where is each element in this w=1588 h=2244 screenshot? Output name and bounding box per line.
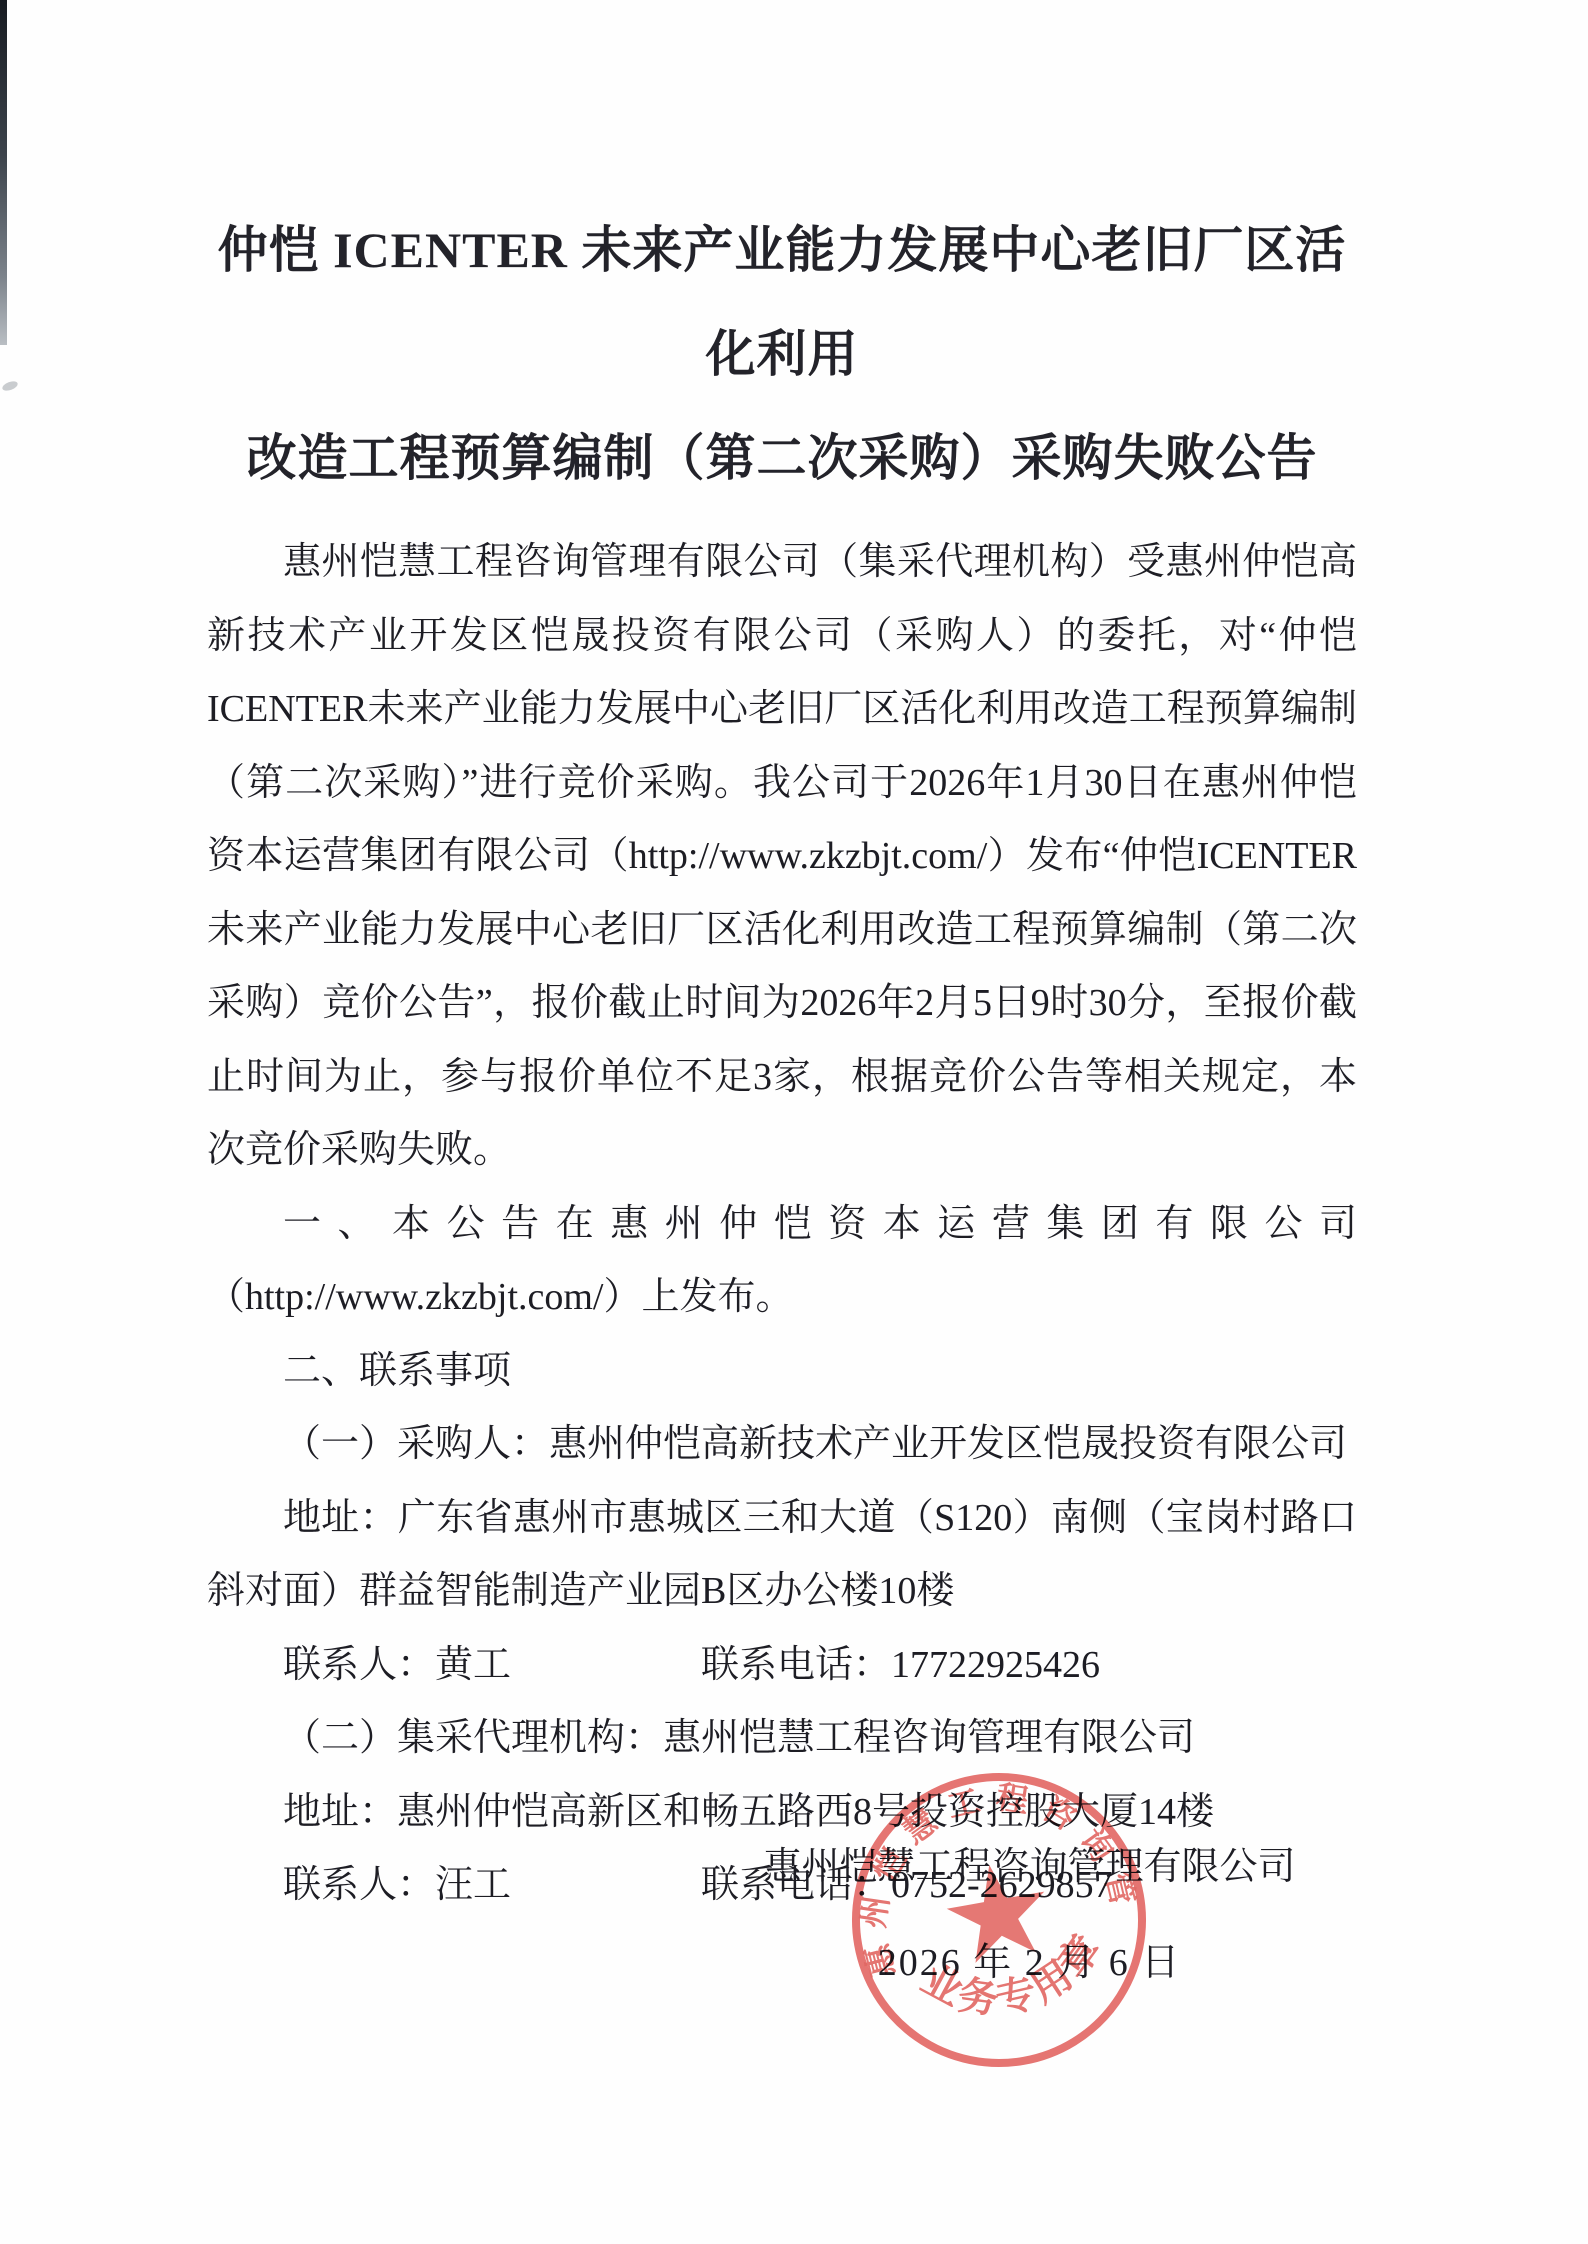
document-title: 仲恺 ICENTER 未来产业能力发展中心老旧厂区活化利用 改造工程预算编制（第… [207, 0, 1357, 510]
signature-company: 惠州恺慧工程咨询管理有限公司 [757, 1845, 1302, 1889]
signature-date: 2026 年 2 月 6 日 [757, 1941, 1302, 1985]
section2-heading: 二、联系事项 [207, 1335, 1357, 1409]
agency-contact: 联系人：汪工 [283, 1864, 511, 1906]
section1-line2: （http://www.zkzbjt.com/）上发布。 [207, 1261, 1357, 1335]
title-line-2: 改造工程预算编制（第二次采购）采购失败公告 [207, 406, 1357, 510]
document-body: 惠州恺慧工程咨询管理有限公司（集采代理机构）受惠州仲恺高新技术产业开发区恺晟投资… [207, 526, 1357, 1923]
intro-paragraph: 惠州恺慧工程咨询管理有限公司（集采代理机构）受惠州仲恺高新技术产业开发区恺晟投资… [207, 526, 1357, 1188]
document-page: 仲恺 ICENTER 未来产业能力发展中心老旧厂区活化利用 改造工程预算编制（第… [0, 0, 1588, 2244]
purchaser-address: 地址：广东省惠州市惠城区三和大道（S120）南侧（宝岗村路口斜对面）群益智能制造… [207, 1482, 1357, 1629]
purchaser-line: （一）采购人：惠州仲恺高新技术产业开发区恺晟投资有限公司 [207, 1408, 1357, 1482]
document-content: 仲恺 ICENTER 未来产业能力发展中心老旧厂区活化利用 改造工程预算编制（第… [207, 0, 1357, 1923]
agency-address: 地址：惠州仲恺高新区和畅五路西8号投资控股大厦14楼 [207, 1776, 1357, 1850]
purchaser-phone: 联系电话：17722925426 [701, 1644, 1100, 1686]
purchaser-contact-line: 联系人：黄工联系电话：17722925426 [207, 1629, 1357, 1703]
agency-line: （二）集采代理机构：惠州恺慧工程咨询管理有限公司 [207, 1702, 1357, 1776]
signature-block: 惠州恺慧工程咨询管理有限公司 2026 年 2 月 6 日 [757, 1845, 1302, 1985]
scan-artifact-line [0, 0, 7, 345]
section1-line1: 一、本公告在惠州仲恺资本运营集团有限公司 [207, 1188, 1357, 1262]
scan-artifact-smudge [1, 380, 19, 393]
title-line-1: 仲恺 ICENTER 未来产业能力发展中心老旧厂区活化利用 [207, 198, 1357, 406]
purchaser-contact: 联系人：黄工 [283, 1644, 511, 1686]
